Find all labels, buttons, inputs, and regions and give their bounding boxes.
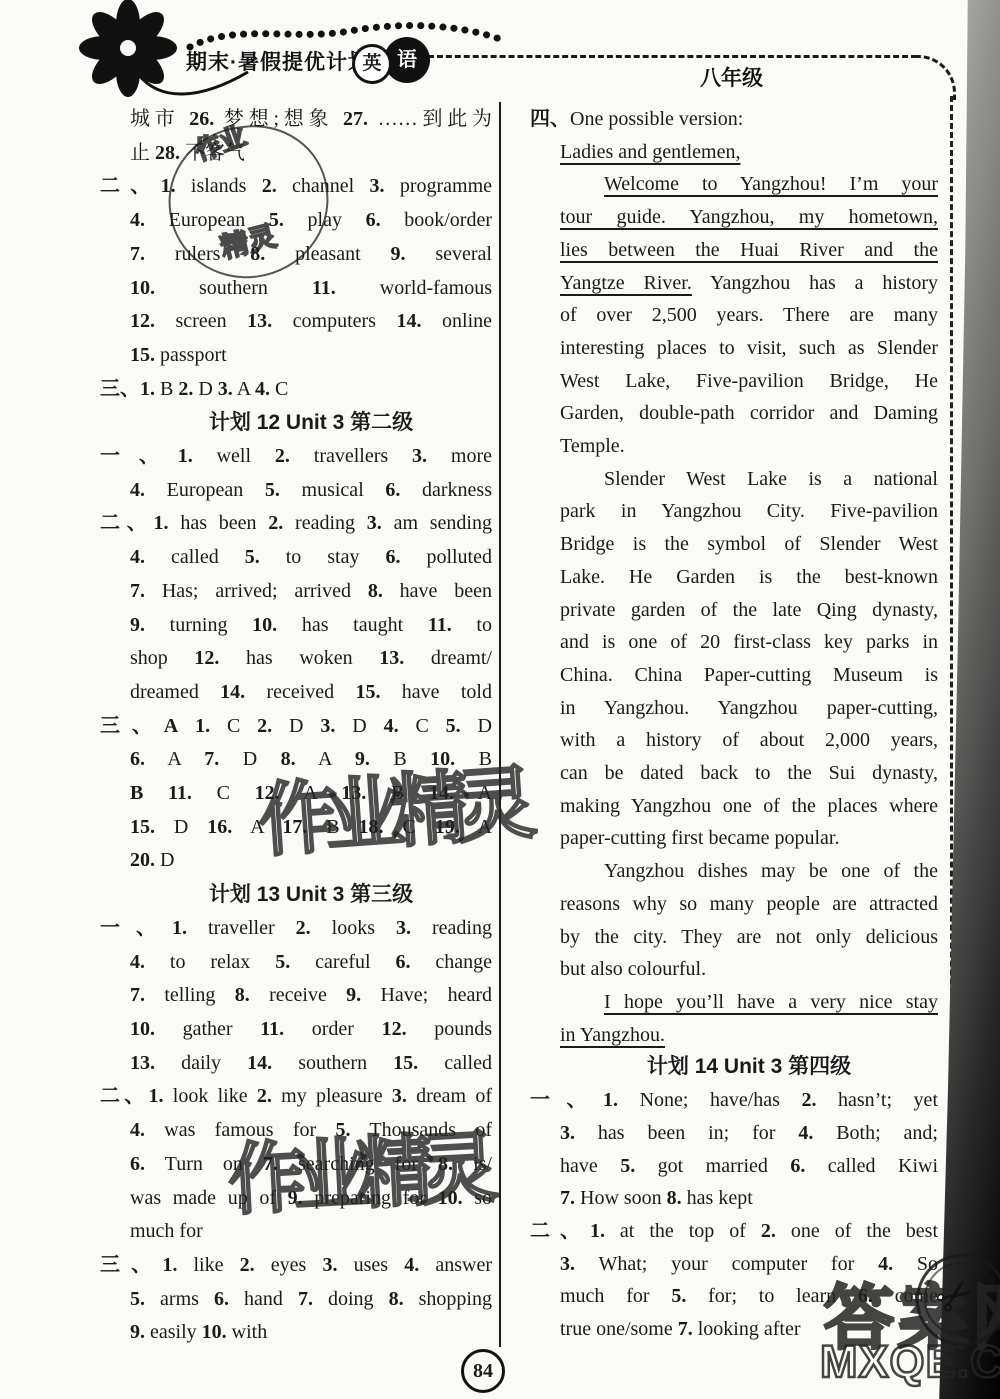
answer-line: I hope you’ll have a very nice stay xyxy=(530,986,938,1019)
answer-line: 15. passport xyxy=(100,339,492,373)
grade-label: 八年级 xyxy=(700,62,763,92)
answer-line: park in Yangzhou City. Five-pavilion xyxy=(530,495,938,528)
answer-line: can be dated back to the Sui dynasty, xyxy=(530,757,938,790)
answer-line: 二、1. at the top of 2. one of the best xyxy=(530,1215,938,1248)
answer-line: 9. turning 10. has taught 11. to xyxy=(100,609,492,643)
answer-line: with a history of about 2,000 years, xyxy=(530,724,938,757)
answer-line: 一、1. well 2. travellers 3. more xyxy=(100,440,492,474)
answer-line: 一、1. None; have/has 2. hasn’t; yet xyxy=(530,1084,938,1117)
answer-line: China. China Paper-cutting Museum is xyxy=(530,659,938,692)
column-divider xyxy=(499,102,501,1347)
answer-line: 10. southern 11. world-famous xyxy=(100,272,492,306)
answer-line: 7. Has; arrived; arrived 8. have been xyxy=(100,575,492,609)
answer-line: 10. gather 11. order 12. pounds xyxy=(100,1013,492,1047)
answer-line: but also colourful. xyxy=(530,953,938,986)
answer-line: 6. Turn on 7. searching for 8. is/ xyxy=(100,1148,492,1182)
answer-line: Slender West Lake is a national xyxy=(530,463,938,496)
answer-line: 一、1. traveller 2. looks 3. reading xyxy=(100,912,492,946)
answer-line: private garden of the late Qing dynasty, xyxy=(530,594,938,627)
answer-line: was made up of 9. preparing for 10. so xyxy=(100,1182,492,1216)
section-heading: 计划 14 Unit 3 第四级 xyxy=(530,1051,938,1084)
answer-line: 四、One possible version: xyxy=(530,103,938,136)
answer-line: in Yangzhou. Yangzhou paper-cutting, xyxy=(530,692,938,725)
answer-line: true one/some 7. looking after xyxy=(530,1313,938,1346)
answer-line: 二、1. look like 2. my pleasure 3. dream o… xyxy=(100,1080,492,1114)
answer-line: West Lake, Five-pavilion Bridge, He xyxy=(530,365,938,398)
answer-line: 5. arms 6. hand 7. doing 8. shopping xyxy=(100,1283,492,1317)
answer-line: Yangtze River. Yangzhou has a history xyxy=(530,267,938,300)
answer-line: Lake. He Garden is the best-known xyxy=(530,561,938,594)
answer-line: and is one of 20 first-class key parks i… xyxy=(530,626,938,659)
page-number-badge: 84 xyxy=(461,1349,505,1393)
answer-line: 13. daily 14. southern 15. called xyxy=(100,1047,492,1081)
answer-line: Temple. xyxy=(530,430,938,463)
answer-line: 12. screen 13. computers 14. online xyxy=(100,305,492,339)
answer-line: dreamed 14. received 15. have told xyxy=(100,676,492,710)
answer-line: have 5. got married 6. called Kiwi xyxy=(530,1150,938,1183)
header-dashed-line xyxy=(428,55,917,58)
answer-line: B 11. C 12. A 13. B 14. A xyxy=(100,777,492,811)
answer-line: 3. What; your computer for 4. So xyxy=(530,1248,938,1281)
answer-line: shop 12. has woken 13. dreamt/ xyxy=(100,642,492,676)
answer-line: in Yangzhou. xyxy=(530,1019,938,1052)
dashed-corner xyxy=(915,55,956,100)
answer-line: tour guide. Yangzhou, my hometown, xyxy=(530,201,938,234)
answer-line: 3. has been in; for 4. Both; and; xyxy=(530,1117,938,1150)
section-heading: 计划 12 Unit 3 第二级 xyxy=(100,406,492,440)
answer-line: paper-cutting first became popular. xyxy=(530,822,938,855)
left-answer-column: 城市 26. 梦想;想象 27. ……到此为止 28. 不客气二、1. isla… xyxy=(100,103,492,1350)
answer-line: lies between the Huai River and the xyxy=(530,234,938,267)
answer-line: Garden, double-path corridor and Daming xyxy=(530,397,938,430)
answer-line: reasons why so many people are attracted xyxy=(530,888,938,921)
answer-line: 二、1. islands 2. channel 3. programme xyxy=(100,170,492,204)
answer-line: Ladies and gentlemen, xyxy=(530,136,938,169)
right-answer-column: 四、One possible version:Ladies and gentle… xyxy=(530,103,938,1346)
answer-line: 6. A 7. D 8. A 9. B 10. B xyxy=(100,743,492,777)
answer-line: Welcome to Yangzhou! I’m your xyxy=(530,168,938,201)
answer-line: making Yangzhou one of the places where xyxy=(530,790,938,823)
answer-line: 4. to relax 5. careful 6. change xyxy=(100,946,492,980)
answer-line: 4. European 5. play 6. book/order xyxy=(100,204,492,238)
scanned-workbook-page: 期末·暑假提优计划 英 语 八年级 城市 26. 梦想;想象 27. ……到此为… xyxy=(0,0,1000,1399)
answer-line: by the city. They are not only delicious xyxy=(530,921,938,954)
answer-line: 止 28. 不客气 xyxy=(100,137,492,171)
answer-line: 7. rulers 8. pleasant 9. several xyxy=(100,238,492,272)
answer-line: 4. called 5. to stay 6. polluted xyxy=(100,541,492,575)
answer-line: 三、1. B 2. D 3. A 4. C xyxy=(100,373,492,407)
answer-line: 7. How soon 8. has kept xyxy=(530,1182,938,1215)
answer-line: 15. D 16. A 17. B 18. C 19. A xyxy=(100,811,492,845)
series-title: 期末·暑假提优计划 xyxy=(186,46,370,76)
answer-line: 7. telling 8. receive 9. Have; heard xyxy=(100,979,492,1013)
subject-badge-english-icon: 英 xyxy=(352,44,392,84)
answer-line: Bridge is the symbol of Slender West xyxy=(530,528,938,561)
answer-line: of over 2,500 years. There are many xyxy=(530,299,938,332)
section-heading: 计划 13 Unit 3 第三级 xyxy=(100,878,492,912)
answer-line: 二、1. has been 2. reading 3. am sending xyxy=(100,507,492,541)
answer-line: 三、A 1. C 2. D 3. D 4. C 5. D xyxy=(100,710,492,744)
book-spine-shadow xyxy=(938,0,1000,1399)
answer-line: 9. easily 10. with xyxy=(100,1316,492,1350)
answer-line: much for xyxy=(100,1215,492,1249)
answer-line: interesting places to visit, such as Sle… xyxy=(530,332,938,365)
answer-line: Yangzhou dishes may be one of the xyxy=(530,855,938,888)
answer-line: 4. was famous for 5. Thousands of xyxy=(100,1114,492,1148)
answer-line: much for 5. for; to learn 6. come xyxy=(530,1280,938,1313)
answer-line: 三、1. like 2. eyes 3. uses 4. answer xyxy=(100,1249,492,1283)
answer-line: 4. European 5. musical 6. darkness xyxy=(100,474,492,508)
answer-line: 20. D xyxy=(100,844,492,878)
answer-line: 城市 26. 梦想;想象 27. ……到此为 xyxy=(100,103,492,137)
